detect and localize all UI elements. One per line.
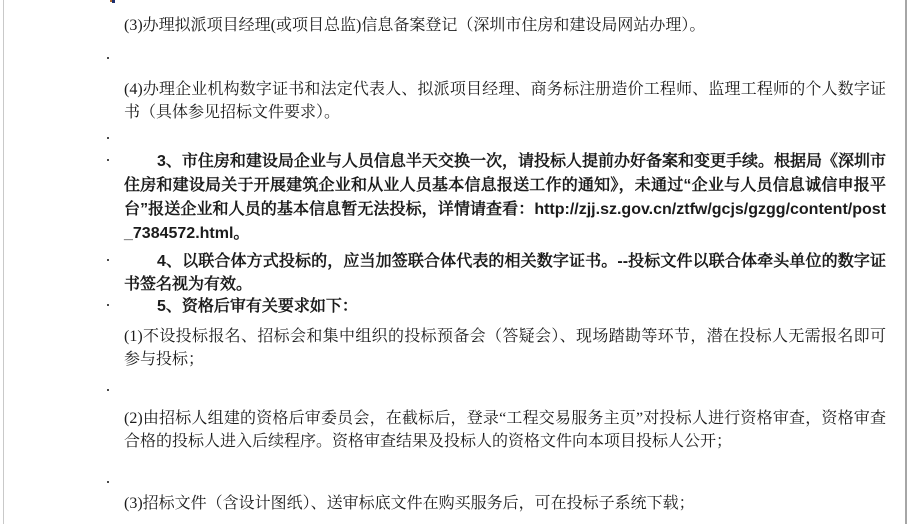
paragraph-mark-dot [107, 481, 109, 483]
paragraph-clause-5-post-qualification-heading: 5、资格后审有关要求如下： [124, 296, 886, 319]
paragraph-mark-dot [107, 259, 109, 261]
document-page: (3)办理拟派项目经理(或项目总监)信息备案登记（深圳市住房和建设局网站办理）。… [0, 0, 911, 524]
clause-3-period: 。 [233, 225, 249, 242]
paragraph-mark-dot [107, 159, 109, 161]
paragraph-clause-3-info-exchange: 3、市住房和建设局企业与人员信息半天交换一次，请投标人提前办好备案和变更手续。根… [124, 150, 886, 246]
paragraph-mark-dot [107, 389, 109, 391]
paragraph-subitem-2-qualification-review: (2)由招标人组建的资格后审委员会，在截标后，登录“工程交易服务主页”对投标人进… [124, 408, 886, 453]
paragraph-subitem-4-certificates: (4)办理企业机构数字证书和法定代表人、拟派项目经理、商务标注册造价工程师、监理… [124, 79, 886, 124]
paragraph-subitem-3-document-download: (3)招标文件（含设计图纸）、送审标底文件在购买服务后，可在投标子系统下载； [124, 493, 886, 516]
paragraph-mark-dot [107, 57, 109, 59]
page-frame-line-right [905, 0, 907, 524]
paragraph-mark-dot [107, 137, 109, 139]
clipped-pixels-artifact-navy [112, 0, 115, 3]
paragraph-mark-dot [107, 304, 109, 306]
paragraph-subitem-3-registration: (3)办理拟派项目经理(或项目总监)信息备案登记（深圳市住房和建设局网站办理）。 [124, 15, 886, 38]
paragraph-clause-4-consortium: 4、以联合体方式投标的，应当加签联合体代表的相关数字证书。--投标文件以联合体牵… [124, 251, 886, 296]
paragraph-subitem-1-no-registration: (1)不设投标报名、招标会和集中组织的投标预备会（答疑会）、现场踏勘等环节，潜在… [124, 326, 886, 371]
page-frame-line-left [3, 0, 4, 524]
